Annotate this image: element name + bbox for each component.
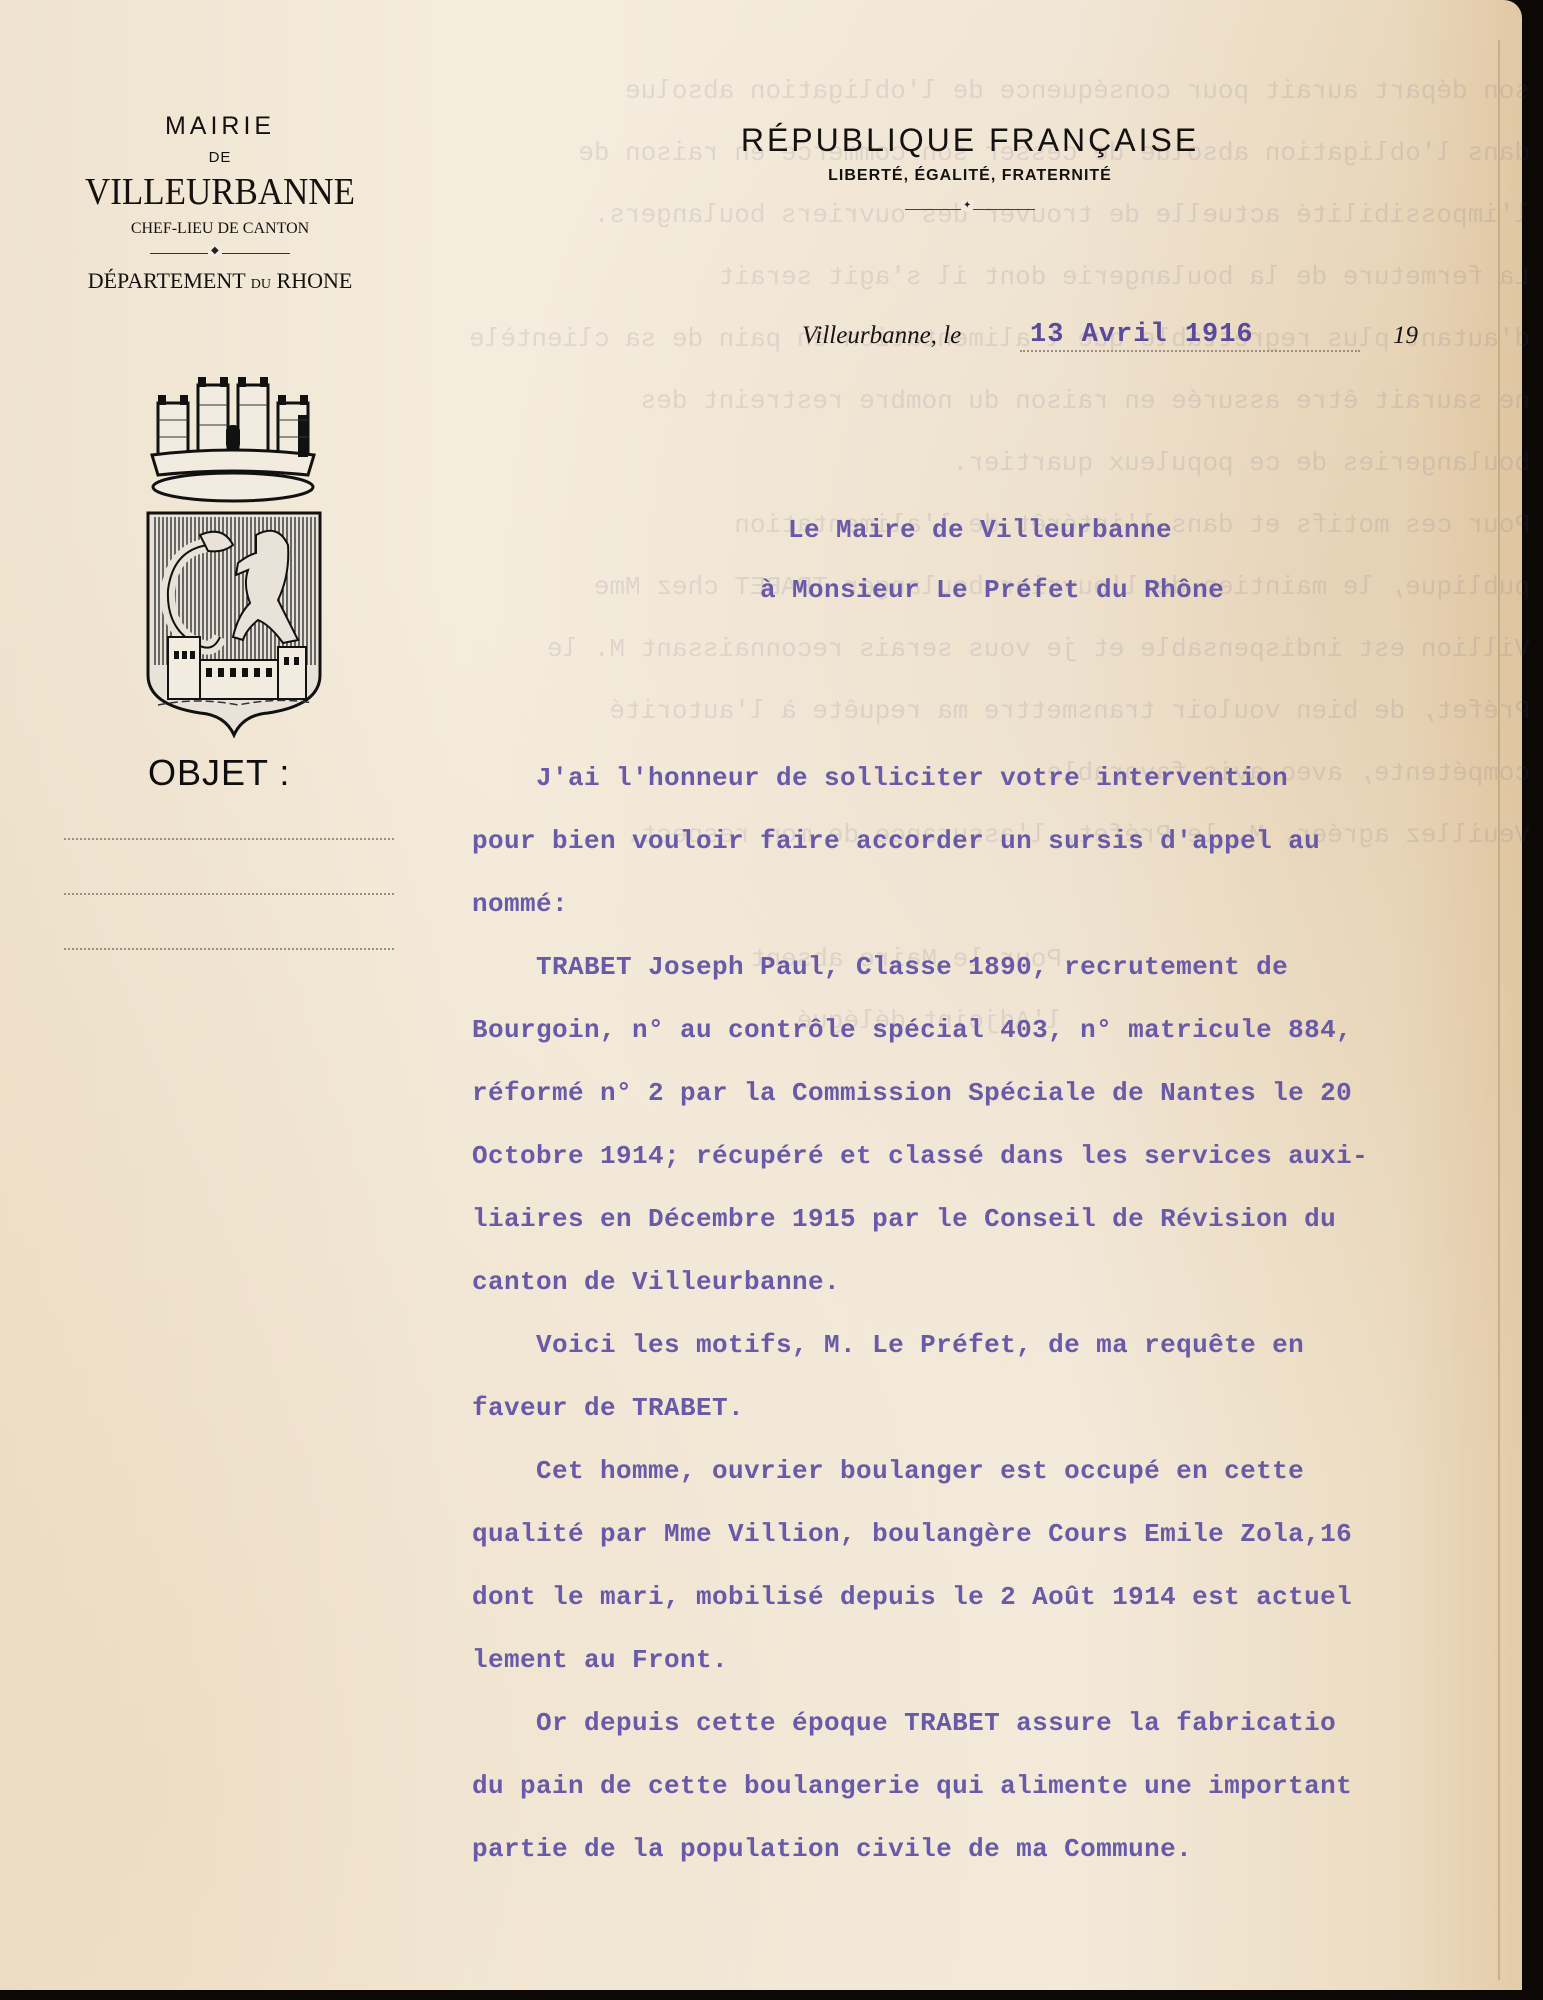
objet-line-3 <box>64 948 394 950</box>
body-line: dont le mari, mobilisé depuis le 2 Août … <box>472 1582 1352 1612</box>
body-line: pour bien vouloir faire accorder un surs… <box>472 826 1320 856</box>
body-line: J'ai l'honneur de solliciter votre inter… <box>472 763 1288 793</box>
mairie-label: MAIRIE <box>40 112 400 141</box>
department-name: RHONE <box>277 268 353 293</box>
body-line: Bourgoin, n° au contrôle spécial 403, n°… <box>472 1015 1352 1045</box>
letter-page: son départ aurait pour conséquence de l'… <box>0 0 1522 1990</box>
objet-label: OBJET : <box>148 752 290 794</box>
republic-letterhead: RÉPUBLIQUE FRANÇAISE LIBERTÉ, ÉGALITÉ, F… <box>620 122 1320 213</box>
letter-date: 13 Avril 1916 <box>1030 320 1254 350</box>
ornament-divider <box>150 248 290 258</box>
body-line: Voici les motifs, M. Le Préfet, de ma re… <box>472 1330 1304 1360</box>
republic-motto: LIBERTÉ, ÉGALITÉ, FRATERNITÉ <box>620 167 1320 185</box>
body-line: réformé n° 2 par la Commission Spéciale … <box>472 1078 1352 1108</box>
body-line: partie de la population civile de ma Com… <box>472 1834 1192 1864</box>
body-line: liaires en Décembre 1915 par le Conseil … <box>472 1204 1336 1234</box>
republic-title: RÉPUBLIQUE FRANÇAISE <box>620 122 1320 159</box>
body-line: qualité par Mme Villion, boulangère Cour… <box>472 1519 1352 1549</box>
body-line: canton de Villeurbanne. <box>472 1267 840 1297</box>
body-line: Or depuis cette époque TRABET assure la … <box>472 1708 1336 1738</box>
body-line: Octobre 1914; récupéré et classé dans le… <box>472 1141 1368 1171</box>
body-line: faveur de TRABET. <box>472 1393 744 1423</box>
coat-of-arms-icon <box>138 375 328 745</box>
dateline: Villeurbanne, le 13 Avril 1916 19 <box>802 322 1422 362</box>
department-prefix: DÉPARTEMENT <box>88 268 246 293</box>
department-label: DÉPARTEMENT DU RHONE <box>40 268 400 294</box>
dateline-place: Villeurbanne, le <box>802 322 961 349</box>
department-du: DU <box>251 277 271 292</box>
sender-line: Le Maire de Villeurbanne <box>788 515 1172 545</box>
city-name: VILLEURBANNE <box>54 170 385 214</box>
canton-label: CHEF-LIEU DE CANTON <box>40 220 400 238</box>
year-prefix: 19 <box>1393 322 1418 350</box>
page-edge <box>1498 40 1500 1980</box>
municipal-letterhead: MAIRIE DE VILLEURBANNE CHEF-LIEU DE CANT… <box>40 112 400 294</box>
body-line: nommé: <box>472 889 568 919</box>
body-line: TRABET Joseph Paul, Classe 1890, recrute… <box>472 952 1288 982</box>
objet-line-2 <box>64 893 394 895</box>
ornament-divider <box>905 205 1035 213</box>
de-label: DE <box>40 149 400 166</box>
body-line: Cet homme, ouvrier boulanger est occupé … <box>472 1456 1304 1486</box>
recipient-line: à Monsieur Le Préfet du Rhône <box>760 575 1224 605</box>
body-line: du pain de cette boulangerie qui aliment… <box>472 1771 1352 1801</box>
objet-line-1 <box>64 838 394 840</box>
body-line: lement au Front. <box>472 1645 728 1675</box>
